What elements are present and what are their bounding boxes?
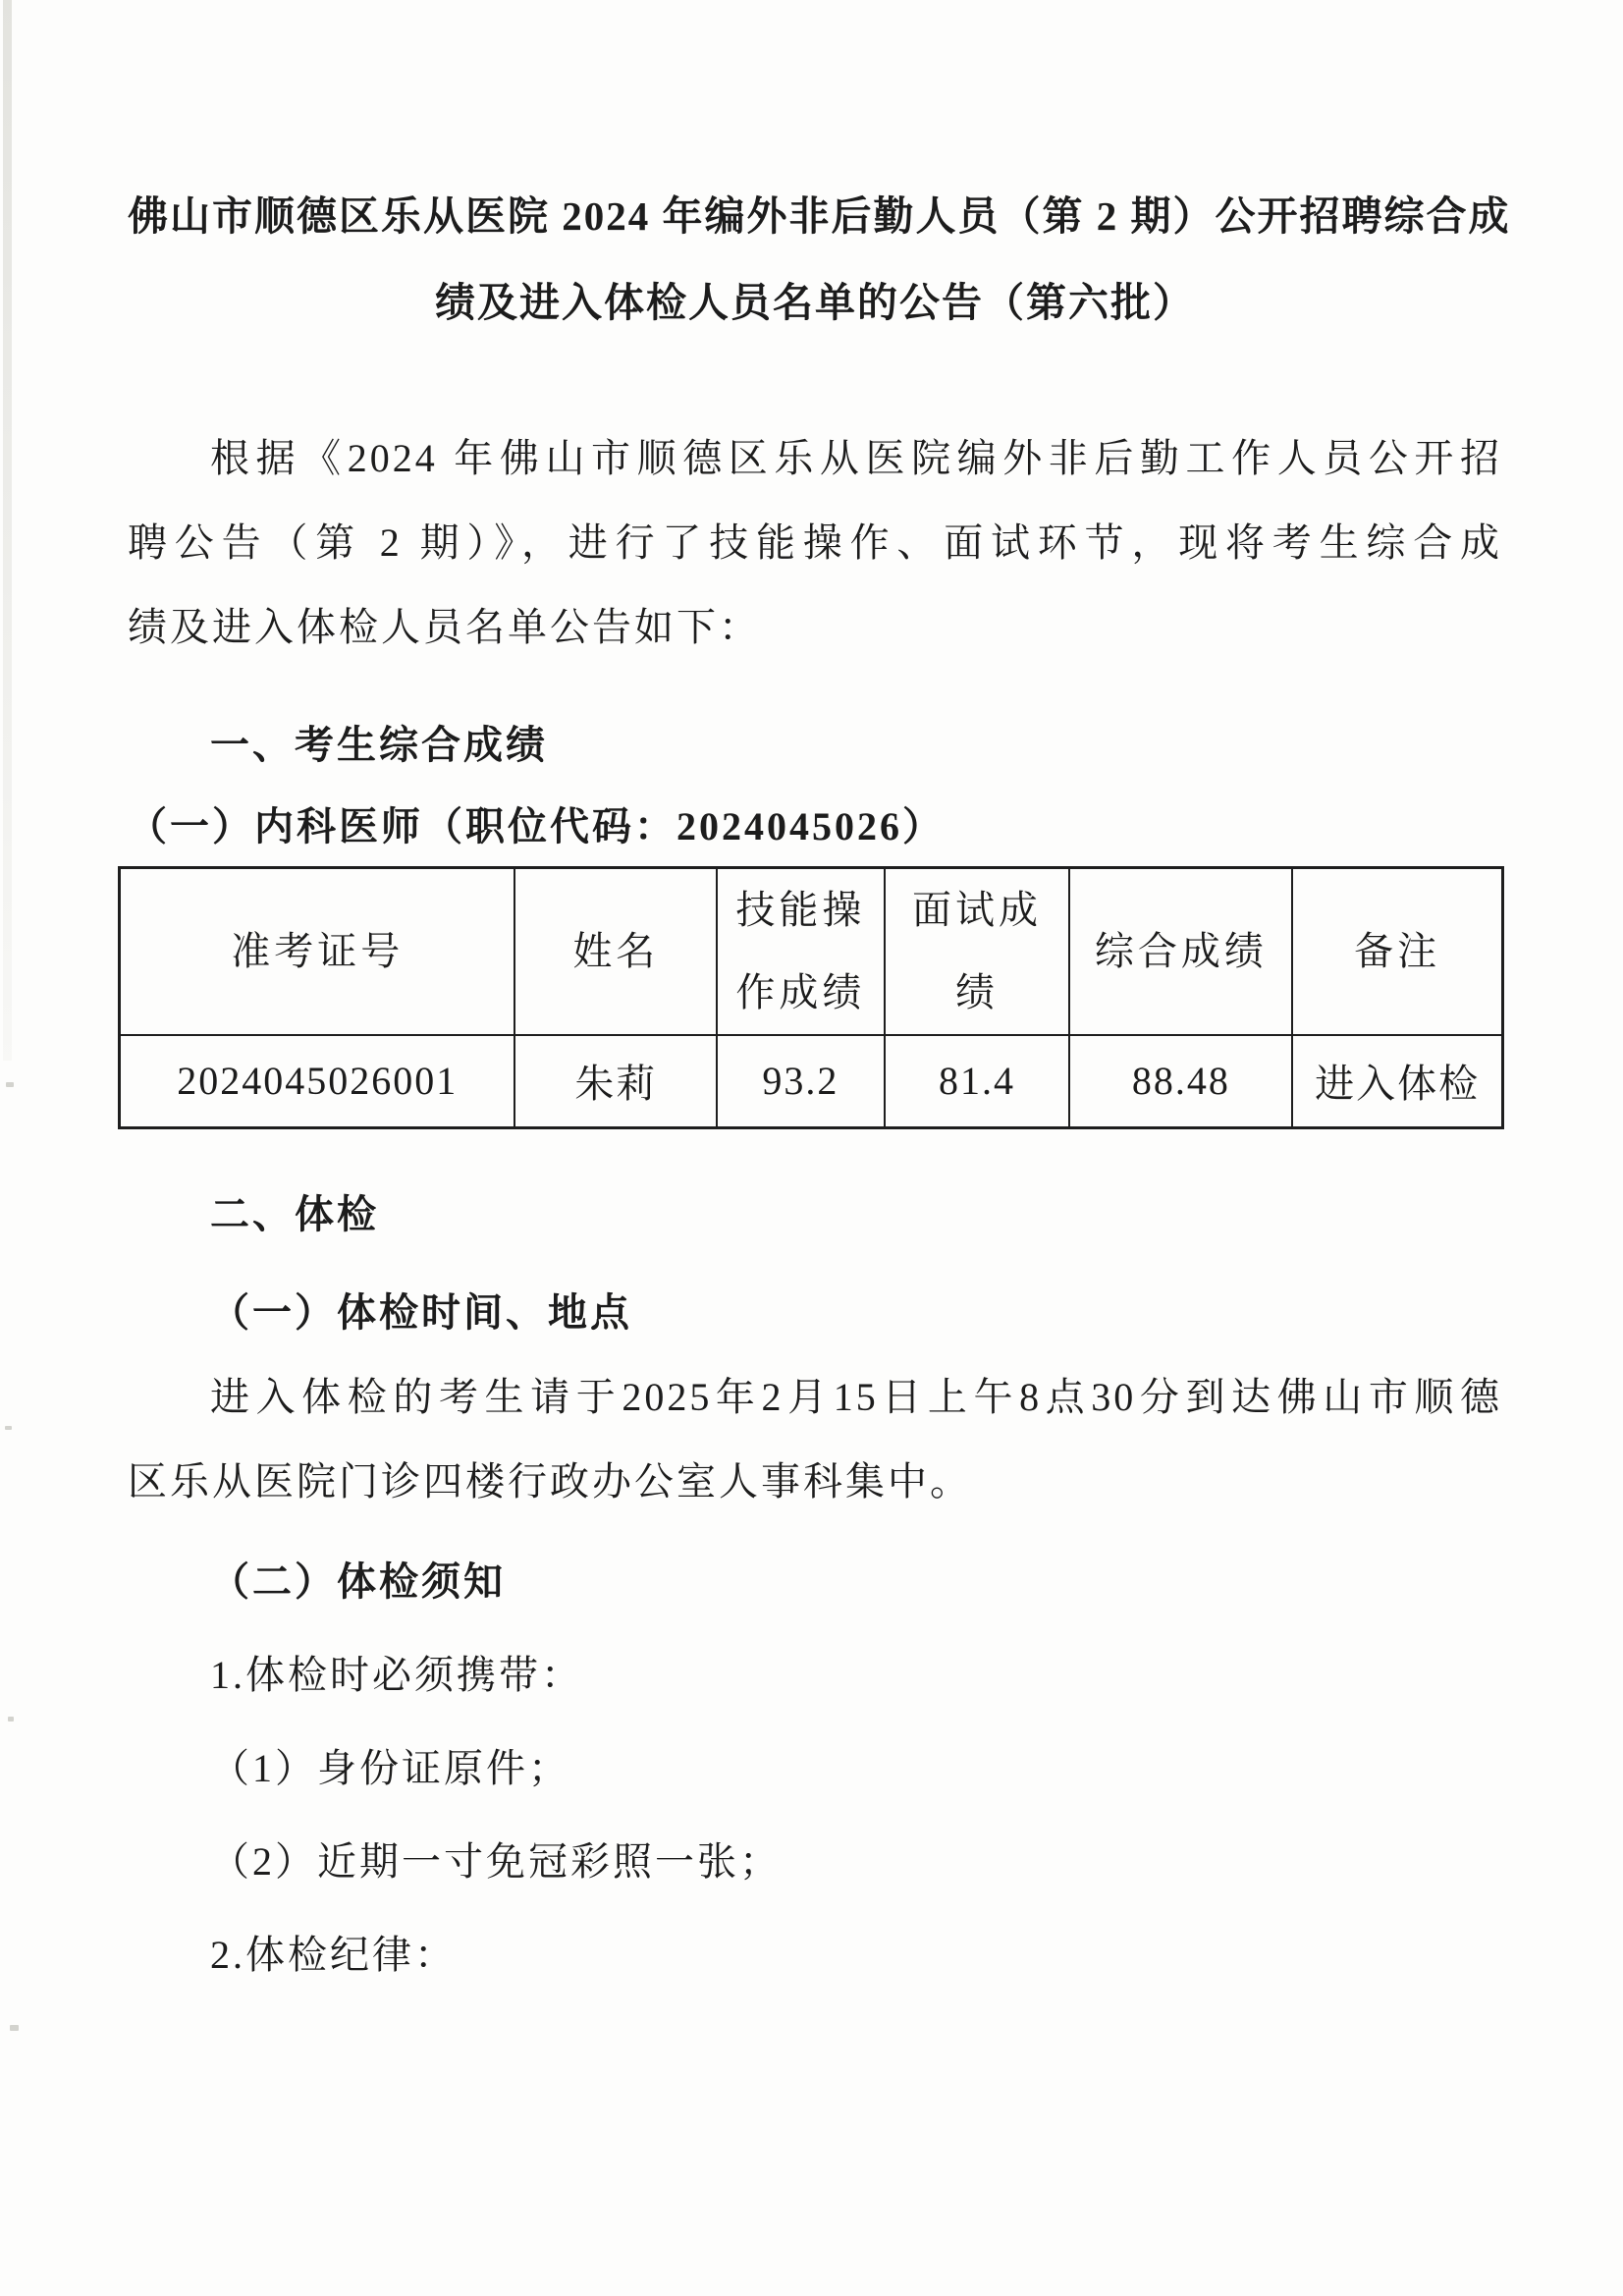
checkup-note-line: （2）近期一寸免冠彩照一张； xyxy=(128,1820,1502,1904)
cell-remark: 进入体检 xyxy=(1292,1035,1502,1127)
scan-artifact-speck xyxy=(5,1426,12,1430)
composite-score-table: 准考证号 姓名 技能操 作成绩 面试成 绩 综合成绩 备注 2024045026… xyxy=(118,866,1504,1129)
intro-paragraph-line: 绩及进入体检人员名单公告如下： xyxy=(128,585,1502,670)
cell-interview-score: 81.4 xyxy=(885,1035,1070,1127)
intro-paragraph-line: 根据《2024 年佛山市顺德区乐从医院编外非后勤工作人员公开招 xyxy=(128,416,1502,501)
scan-artifact-speck xyxy=(10,2025,19,2031)
column-header-remark: 备注 xyxy=(1292,868,1502,1036)
checkup-note-line: 2.体检纪律： xyxy=(128,1913,1502,1997)
checkup-note-line: 1.体检时必须携带： xyxy=(128,1633,1502,1718)
intro-paragraph-line: 聘公告（第 2 期）》，进行了技能操作、面试环节，现将考生综合成 xyxy=(128,501,1502,585)
section-2-heading: 二、体检 xyxy=(128,1173,1502,1257)
column-header-exam-no: 准考证号 xyxy=(120,868,515,1036)
section-2-sub-1-heading: （一）体检时间、地点 xyxy=(128,1271,1502,1355)
document-title-line-1: 佛山市顺德区乐从医院 2024 年编外非后勤人员（第 2 期）公开招聘综合成 xyxy=(128,193,1511,239)
table-row: 2024045026001 朱莉 93.2 81.4 88.48 进入体检 xyxy=(120,1035,1503,1127)
column-header-composite-score: 综合成绩 xyxy=(1069,868,1292,1036)
document-title-line-2: 绩及进入体检人员名单的公告（第六批） xyxy=(435,280,1195,325)
document-page: 佛山市顺德区乐从医院 2024 年编外非后勤人员（第 2 期）公开招聘综合成 绩… xyxy=(0,0,1623,2296)
column-header-interview-score: 面试成 绩 xyxy=(885,868,1070,1036)
section-1-heading: 一、考生综合成绩 xyxy=(128,703,1502,788)
cell-composite-score: 88.48 xyxy=(1069,1035,1292,1127)
column-header-name: 姓名 xyxy=(514,868,717,1036)
time-place-paragraph-line: 进入体检的考生请于2025年2月15日上午8点30分到达佛山市顺德 xyxy=(128,1355,1502,1440)
cell-name: 朱莉 xyxy=(514,1035,717,1127)
section-1-sub-heading: （一）内科医师（职位代码：2024045026） xyxy=(128,788,1502,866)
cell-exam-no: 2024045026001 xyxy=(120,1035,515,1127)
checkup-note-line: （1）身份证原件； xyxy=(128,1726,1502,1811)
scan-artifact-streak xyxy=(3,0,12,1061)
cell-skill-score: 93.2 xyxy=(717,1035,884,1127)
column-header-skill-score: 技能操 作成绩 xyxy=(717,868,884,1036)
table-header-row: 准考证号 姓名 技能操 作成绩 面试成 绩 综合成绩 备注 xyxy=(120,868,1503,1036)
scan-artifact-speck xyxy=(6,1082,14,1087)
section-2-sub-2-heading: （二）体检须知 xyxy=(128,1540,1502,1624)
time-place-paragraph-line: 区乐从医院门诊四楼行政办公室人事科集中。 xyxy=(128,1440,1502,1524)
scan-artifact-speck xyxy=(8,1717,14,1722)
document-title: 佛山市顺德区乐从医院 2024 年编外非后勤人员（第 2 期）公开招聘综合成 绩… xyxy=(128,173,1502,346)
